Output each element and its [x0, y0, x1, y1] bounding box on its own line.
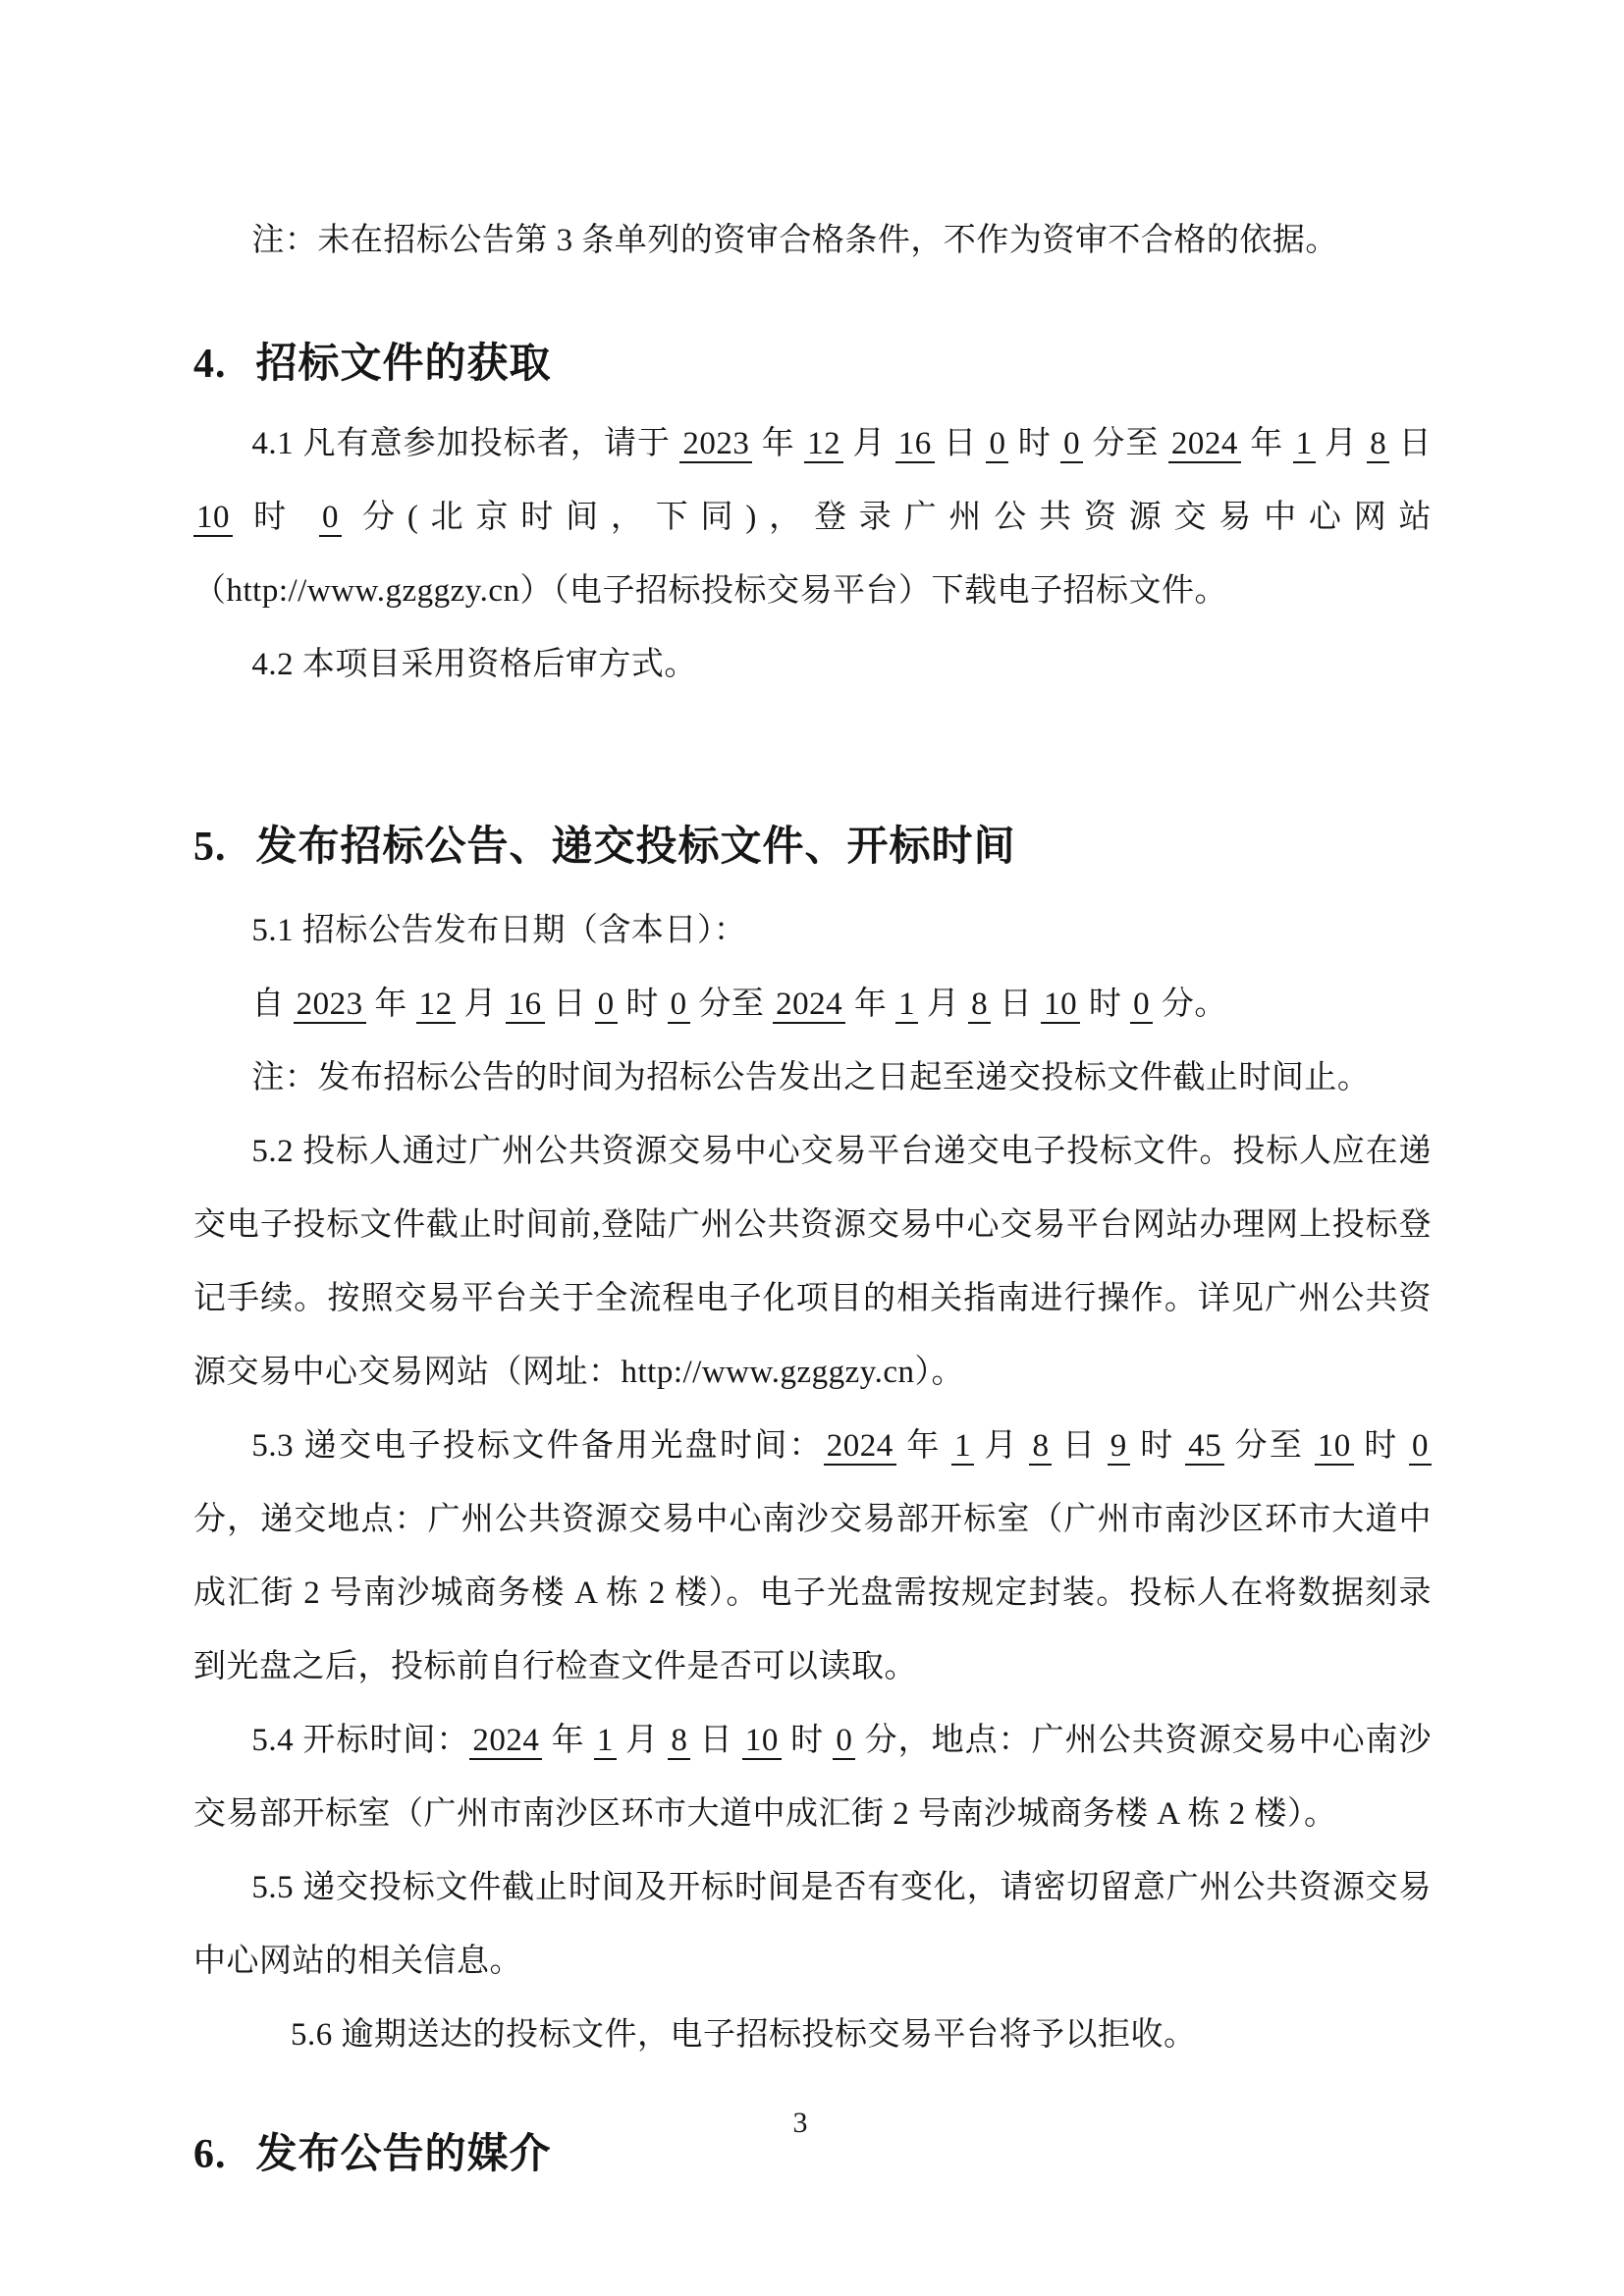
underlined-value: 1: [594, 1723, 617, 1760]
text-run: 日: [991, 987, 1041, 1022]
text-run: 日: [1389, 426, 1432, 461]
text-run: 月: [617, 1723, 669, 1758]
underlined-value: 10: [193, 500, 233, 537]
underlined-value: 0: [595, 987, 618, 1024]
para-4-2: 4.2 本项目采用资格后审方式。: [193, 628, 1432, 702]
document-page: 注：未在招标公告第 3 条单列的资审合格条件，不作为资审不合格的依据。 4.招标…: [0, 0, 1624, 2296]
text-run: 4.1 凡有意参加投标者，请于: [251, 426, 679, 461]
underlined-value: 2024: [1168, 426, 1241, 463]
text-run: 分至: [1224, 1428, 1315, 1464]
text-run: 时: [233, 500, 319, 535]
text-run: 年: [542, 1723, 594, 1758]
underlined-value: 45: [1185, 1428, 1224, 1466]
text-run: 分，递交地点：广州公共资源交易中心南沙交易部开标室（广州市南沙区环市大道中成汇街…: [193, 1502, 1432, 1684]
underlined-value: 1: [951, 1428, 974, 1466]
text-run: 时: [1130, 1428, 1185, 1464]
underlined-value: 10: [742, 1723, 782, 1760]
section-4-heading: 4.招标文件的获取: [193, 341, 1432, 388]
text-run: 月: [918, 987, 968, 1022]
underlined-value: 12: [804, 426, 843, 463]
para-5-1: 5.1 招标公告发布日期（含本日）：: [193, 894, 1432, 968]
text-run: 时: [1354, 1428, 1409, 1464]
para-5-2: 5.2 投标人通过广州公共资源交易中心交易平台递交电子投标文件。投标人应在递交电…: [193, 1115, 1432, 1410]
text-run: 注：发布招标公告的时间为招标公告发出之日起至递交投标文件截止时间止。: [251, 1060, 1370, 1095]
section-5-number: 5.: [193, 825, 227, 870]
text-run: 5.1 招标公告发布日期（含本日）：: [251, 913, 746, 948]
text-run: 分。: [1153, 987, 1227, 1022]
para-5-1-note: 注：发布招标公告的时间为招标公告发出之日起至递交投标文件截止时间止。: [193, 1041, 1432, 1115]
text-run: 5.4 开标时间：: [251, 1723, 469, 1758]
underlined-value: 0: [319, 500, 342, 537]
text-run: 日: [935, 426, 987, 461]
underlined-value: 9: [1108, 1428, 1130, 1466]
underlined-value: 16: [895, 426, 935, 463]
underlined-value: 10: [1041, 987, 1080, 1024]
underlined-value: 0: [1409, 1428, 1432, 1466]
text-run: 年: [845, 987, 895, 1022]
text-run: 分至: [1083, 426, 1168, 461]
text-run: 日: [545, 987, 595, 1022]
text-run: 年: [896, 1428, 951, 1464]
text-run: 时: [1008, 426, 1060, 461]
text-run: 时: [782, 1723, 834, 1758]
underlined-value: 8: [1367, 426, 1389, 463]
para-4-1: 4.1 凡有意参加投标者，请于 2023 年 12 月 16 日 0 时 0 分…: [193, 407, 1432, 628]
text-run: 月: [456, 987, 506, 1022]
para-5-1-dates: 自 2023 年 12 月 16 日 0 时 0 分至 2024 年 1 月 8…: [193, 968, 1432, 1041]
underlined-value: 16: [506, 987, 545, 1024]
underlined-value: 0: [833, 1723, 855, 1760]
text-run: 年: [752, 426, 804, 461]
para-5-3: 5.3 递交电子投标文件备用光盘时间：2024 年 1 月 8 日 9 时 45…: [193, 1410, 1432, 1704]
underlined-value: 8: [668, 1723, 690, 1760]
underlined-value: 0: [1060, 426, 1083, 463]
text-run: 自: [251, 987, 293, 1022]
text-run: 注：未在招标公告第 3 条单列的资审合格条件，不作为资审不合格的依据。: [251, 223, 1338, 258]
text-run: 月: [974, 1428, 1029, 1464]
underlined-value: 2024: [469, 1723, 542, 1760]
underlined-value: 8: [1029, 1428, 1052, 1466]
underlined-value: 1: [1293, 426, 1316, 463]
page-number: 3: [0, 2106, 1600, 2141]
section-4-number: 4.: [193, 342, 227, 387]
underlined-value: 2023: [679, 426, 752, 463]
text-run: 5.6 逾期送达的投标文件，电子招标投标交易平台将予以拒收。: [291, 2017, 1197, 2053]
underlined-value: 0: [986, 426, 1008, 463]
section-5-title: 发布招标公告、递交投标文件、开标时间: [256, 825, 1016, 870]
para-5-6: 5.6 逾期送达的投标文件，电子招标投标交易平台将予以拒收。: [193, 1999, 1432, 2072]
text-run: 月: [1316, 426, 1368, 461]
text-run: 5.2 投标人通过广州公共资源交易中心交易平台递交电子投标文件。投标人应在递交电…: [193, 1134, 1432, 1390]
section-4-title: 招标文件的获取: [256, 342, 552, 387]
underlined-value: 12: [416, 987, 456, 1024]
underlined-value: 1: [895, 987, 918, 1024]
para-5-5: 5.5 递交投标文件截止时间及开标时间是否有变化，请密切留意广州公共资源交易中心…: [193, 1851, 1432, 1999]
underlined-value: 10: [1315, 1428, 1354, 1466]
underlined-value: 0: [1130, 987, 1153, 1024]
underlined-value: 0: [668, 987, 690, 1024]
text-run: 分至: [690, 987, 774, 1022]
text-run: 月: [843, 426, 895, 461]
underlined-value: 2023: [294, 987, 366, 1024]
text-run: 5.3 递交电子投标文件备用光盘时间：: [251, 1428, 823, 1464]
section-5-heading: 5.发布招标公告、递交投标文件、开标时间: [193, 824, 1432, 871]
para-5-4: 5.4 开标时间：2024 年 1 月 8 日 10 时 0 分，地点：广州公共…: [193, 1704, 1432, 1851]
text-run: 日: [1052, 1428, 1107, 1464]
underlined-value: 2024: [773, 987, 845, 1024]
text-run: 5.5 递交投标文件截止时间及开标时间是否有变化，请密切留意广州公共资源交易中心…: [193, 1870, 1432, 1979]
underlined-value: 2024: [824, 1428, 896, 1466]
text-run: 时: [618, 987, 668, 1022]
text-run: 分(北京时间，下同)，登录广州公共资源交易中心网站（http://www.gzg…: [193, 500, 1432, 609]
text-run: 4.2 本项目采用资格后审方式。: [251, 647, 697, 682]
text-run: 日: [690, 1723, 742, 1758]
text-run: 年: [1241, 426, 1293, 461]
text-run: 年: [366, 987, 416, 1022]
text-run: 时: [1080, 987, 1130, 1022]
document-content: 注：未在招标公告第 3 条单列的资审合格条件，不作为资审不合格的依据。 4.招标…: [0, 0, 1624, 2178]
underlined-value: 8: [968, 987, 991, 1024]
note-after-section-3: 注：未在招标公告第 3 条单列的资审合格条件，不作为资审不合格的依据。: [193, 204, 1432, 278]
